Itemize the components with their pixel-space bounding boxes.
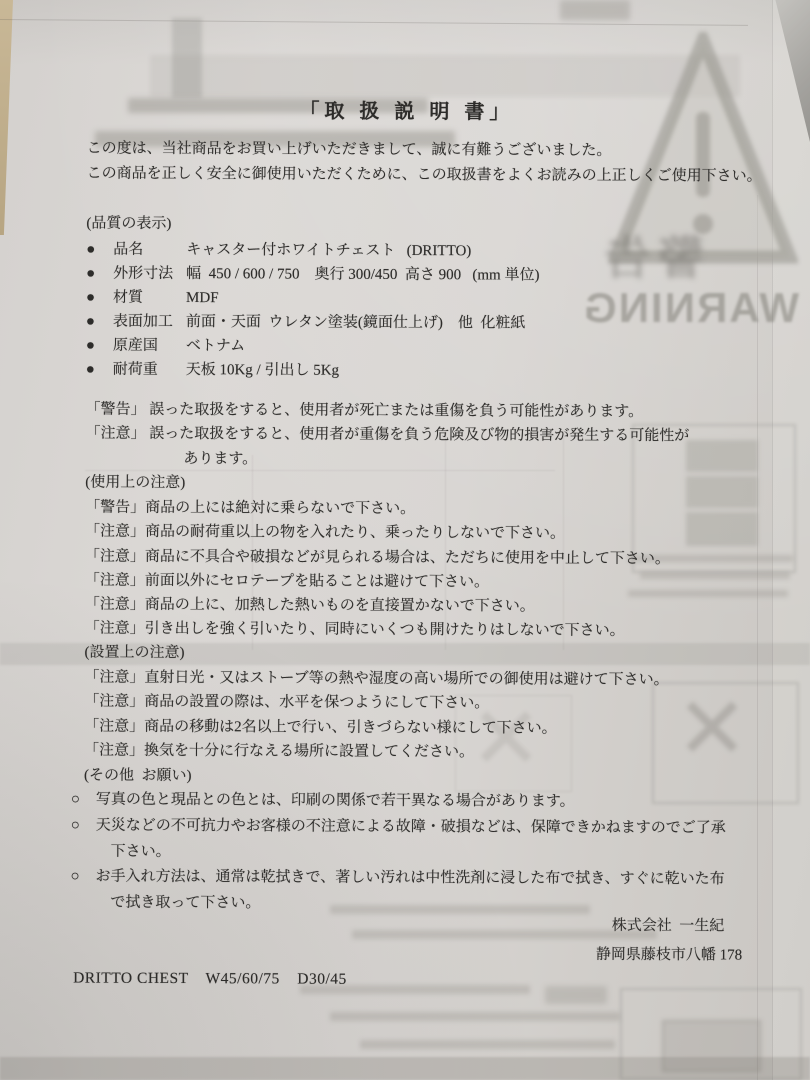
- usage-line: 「注意」引き出しを強く引いたり、同時にいくつも開けたりはしないで下さい。: [85, 620, 625, 641]
- quality-row-surface: ● 表面加工 前面・天面 ウレタン塗装(鏡面仕上げ) 他 化粧紙: [86, 313, 525, 334]
- quality-heading: (品質の表示): [86, 215, 171, 234]
- placement-line: 「注意」換気を十分に行なえる場所に設置してください。: [84, 742, 474, 763]
- usage-line: 「注意」商品の耐荷重以上の物を入れたり、乗ったりしないで下さい。: [85, 523, 565, 544]
- other-item-3-cont: で拭き取って下さい。: [110, 894, 260, 914]
- bullet-icon: ●: [86, 289, 113, 308]
- quality-label: 材質: [113, 289, 186, 308]
- usage-line: 「注意」商品に不具合や破損などが見られる場合は、ただちに使用を中止して下さい。: [85, 548, 670, 570]
- quality-value: 前面・天面 ウレタン塗装(鏡面仕上げ) 他 化粧紙: [186, 313, 525, 333]
- intro-line-2: この商品を正しく安全に御使用いただくために、この取扱書をよくお読みの上正しくご使…: [87, 165, 762, 187]
- company-address: 静岡県藤枝市八幡 178: [596, 946, 742, 966]
- other-item-2: ○ 天災などの不可抗力やお客様の不注意による故障・破損などは、保障できかねますの…: [71, 817, 726, 839]
- quality-value: ベトナム: [186, 337, 245, 356]
- usage-line: 「注意」前面以外にセロテープを貼ることは避けて下さい。: [85, 572, 489, 593]
- other-item-text: お手入れ方法は、通常は乾拭きで、著しい汚れは中性洗剤に浸した布で拭き、すぐに乾い…: [95, 868, 724, 890]
- document-content: 「取 扱 説 明 書」 この度は、当社商品をお買い上げいただきまして、誠に有難う…: [0, 0, 810, 1080]
- quality-label: 外形寸法: [113, 265, 186, 284]
- quality-row-product-name: ● 品名 キャスター付ホワイトチェスト (DRITTO): [86, 241, 471, 262]
- bullet-icon: ●: [86, 241, 113, 260]
- quality-value: キャスター付ホワイトチェスト (DRITTO): [186, 241, 471, 261]
- quality-label: 品名: [113, 241, 186, 260]
- bullet-icon: ●: [86, 313, 113, 332]
- usage-line: 「警告」商品の上には絶対に乗らないで下さい。: [85, 499, 415, 519]
- caution-definition: 「注意」 誤った取扱をすると、使用者が重傷を負う危険及び物的損害が発生する可能性…: [85, 425, 689, 447]
- other-item-1: ○ 写真の色と現品との色とは、印刷の関係で若干異なる場合があります。: [71, 791, 575, 812]
- quality-row-load: ● 耐荷重 天板 10Kg / 引出し 5Kg: [86, 361, 339, 381]
- placement-line: 「注意」商品の移動は2名以上で行い、引きづらない様にして下さい。: [84, 718, 557, 739]
- bullet-icon: ●: [86, 337, 113, 356]
- caution-definition-cont: あります。: [183, 450, 257, 469]
- usage-line: 「注意」商品の上に、加熱した熱いものを直接置かないで下さい。: [85, 596, 535, 617]
- usage-heading: (使用上の注意): [85, 474, 185, 493]
- quality-value: 天板 10Kg / 引出し 5Kg: [186, 361, 339, 381]
- quality-label: 耐荷重: [113, 361, 186, 380]
- placement-line: 「注意」商品の設置の際は、水平を保つようにして下さい。: [84, 693, 489, 714]
- bullet-icon: ●: [86, 265, 113, 284]
- quality-value: 幅 450 / 600 / 750 奥行 300/450 高さ 900 (mm …: [186, 265, 539, 286]
- circle-bullet-icon: ○: [70, 868, 95, 887]
- quality-row-origin: ● 原産国 ベトナム: [86, 337, 245, 357]
- photo-of-instruction-sheet: 警告 WARNING ✕ ✕ 「取 扱 説 明 書」 この度は、当社商品をお買い…: [0, 0, 810, 1080]
- other-item-3: ○ お手入れ方法は、通常は乾拭きで、著しい汚れは中性洗剤に浸した布で拭き、すぐに…: [70, 868, 724, 890]
- other-item-text: 天災などの不可抗力やお客様の不注意による故障・破損などは、保障できかねますのでご…: [96, 817, 726, 839]
- quality-row-dimensions: ● 外形寸法 幅 450 / 600 / 750 奥行 300/450 高さ 9…: [86, 265, 539, 286]
- placement-heading: (設置上の注意): [84, 644, 184, 663]
- quality-label: 原産国: [113, 337, 186, 356]
- quality-value: MDF: [186, 289, 219, 308]
- intro-line-1: この度は、当社商品をお買い上げいただきまして、誠に有難うございました。: [87, 140, 612, 161]
- quality-label: 表面加工: [113, 313, 186, 332]
- quality-row-material: ● 材質 MDF: [86, 289, 219, 309]
- warning-definition: 「警告」 誤った取扱をすると、使用者が死亡または重傷を負う可能性があります。: [86, 401, 644, 422]
- document-title: 「取 扱 説 明 書」: [2, 101, 810, 124]
- other-item-2-cont: 下さい。: [111, 843, 171, 862]
- product-code-line: DRITTO CHEST W45/60/75 D30/45: [73, 969, 347, 989]
- company-name: 株式会社 一生紀: [612, 917, 725, 936]
- placement-line: 「注意」直射日光・又はストーブ等の熱や湿度の高い場所での御使用は避けて下さい。: [84, 669, 668, 691]
- bullet-icon: ●: [86, 361, 113, 380]
- circle-bullet-icon: ○: [71, 791, 96, 810]
- circle-bullet-icon: ○: [71, 817, 96, 836]
- other-item-text: 写真の色と現品との色とは、印刷の関係で若干異なる場合があります。: [96, 791, 575, 812]
- other-heading: (その他 お願い): [84, 767, 192, 786]
